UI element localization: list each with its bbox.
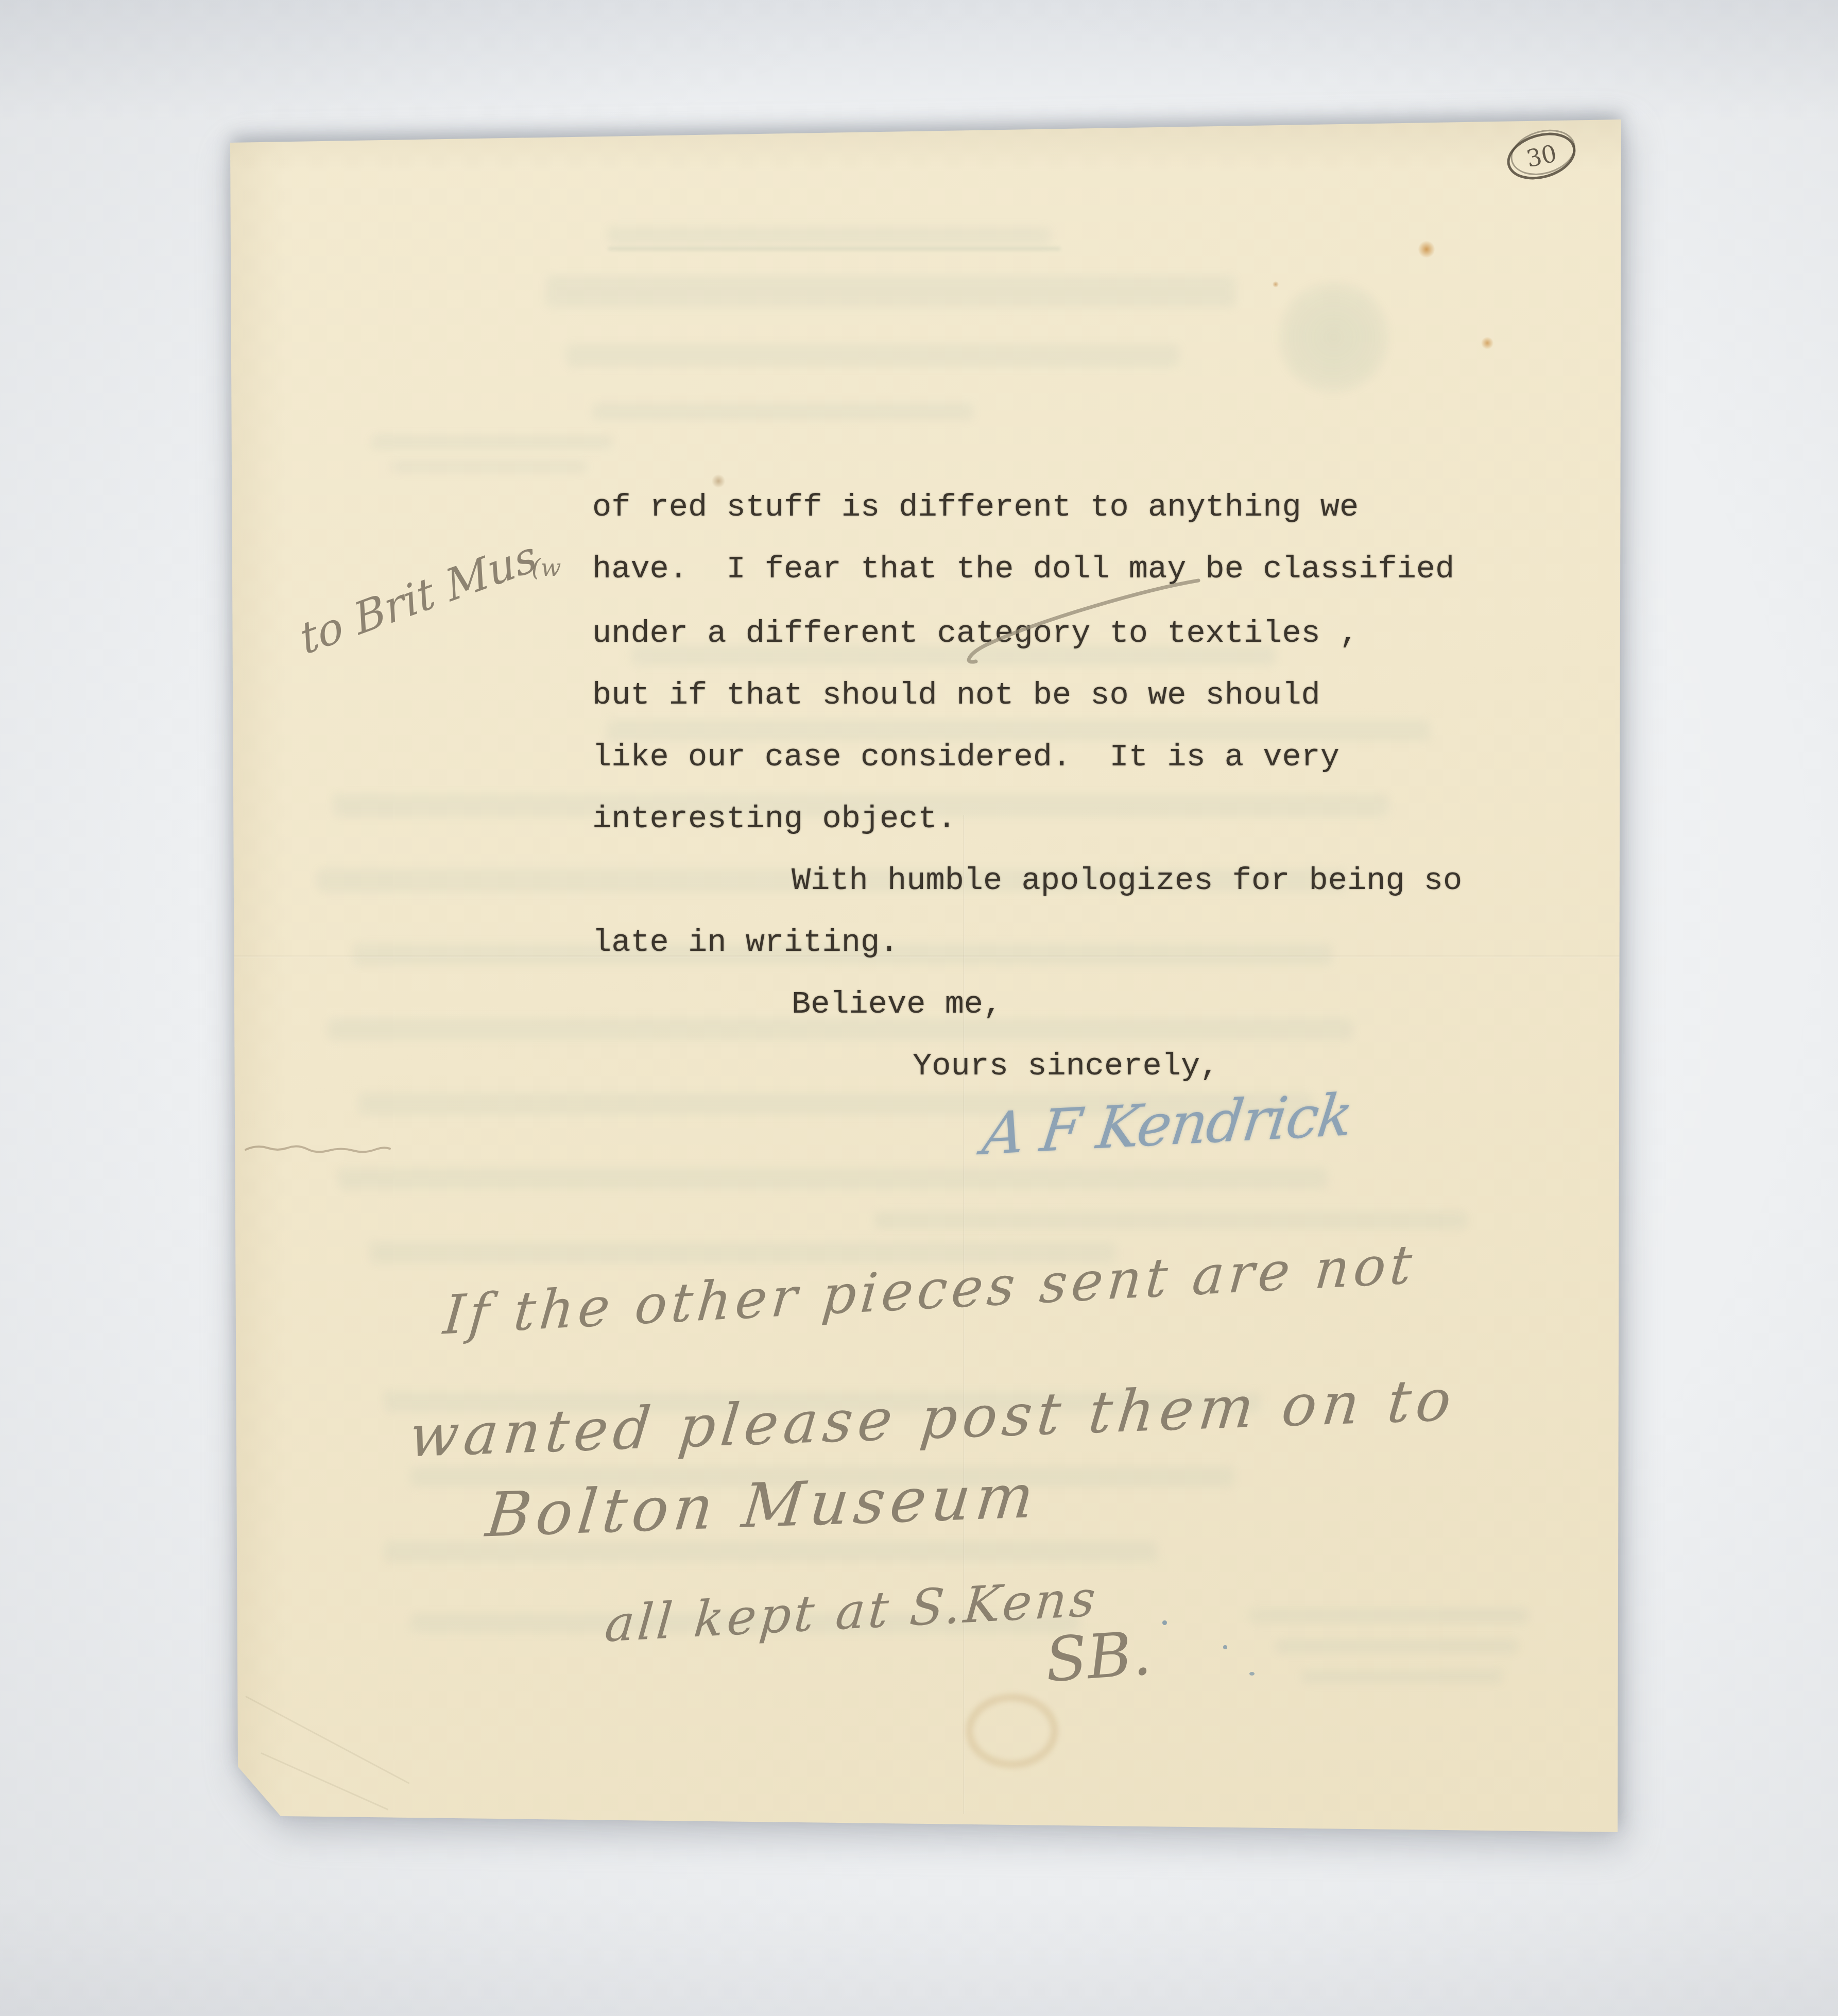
ghost-text-line: [546, 276, 1236, 307]
fold-crease: [245, 1696, 409, 1784]
ghost-text-line: [592, 403, 973, 420]
typed-line: late in writing.: [592, 925, 899, 961]
typed-line: interesting object.: [592, 801, 956, 837]
annotator-initials: SB.: [1043, 1617, 1153, 1696]
fold-crease: [230, 955, 1621, 958]
pencil-strokes-overlay: [230, 119, 1621, 1832]
folio-number-stamp: 30: [1502, 125, 1581, 187]
typed-line: With humble apologizes for being so: [792, 863, 1462, 899]
ghost-underline: [608, 247, 1061, 250]
ghost-text-line: [566, 344, 1179, 367]
crest-ghost: [1275, 278, 1393, 397]
margin-mark: (w: [531, 554, 561, 582]
typed-line: have. I fear that the doll may be classi…: [592, 551, 1454, 587]
typed-line: under a different category to textiles ,: [592, 616, 1359, 652]
stain: [711, 474, 726, 488]
ghost-text-line: [1250, 1608, 1528, 1624]
stain: [1418, 241, 1435, 258]
ghost-text-line: [371, 435, 613, 449]
ink-speck: [1162, 1620, 1167, 1625]
ghost-text-line: [391, 461, 587, 472]
typed-line: Believe me,: [792, 986, 1002, 1022]
pencil-note-line: wanted please post them on to: [406, 1366, 1459, 1471]
ghost-text-line: [338, 1168, 1327, 1189]
ink-speck: [1249, 1672, 1255, 1676]
typed-line: but if that should not be so we should: [592, 677, 1320, 713]
ghost-text-line: [1301, 1670, 1502, 1683]
typed-line: of red stuff is different to anything we: [592, 489, 1359, 525]
stain: [1481, 337, 1493, 349]
typed-line: like our case considered. It is a very: [592, 739, 1339, 775]
ink-speck: [1223, 1645, 1227, 1649]
ghost-text-line: [1276, 1639, 1518, 1653]
ghost-text-line: [608, 227, 1051, 244]
stain: [1273, 281, 1279, 287]
storage-note: all kept at S.Kens: [603, 1569, 1101, 1653]
folio-number: 30: [1524, 140, 1559, 173]
paper-tear-line: [246, 1146, 390, 1152]
paper-surface: 30: [230, 119, 1621, 1832]
typed-line: Yours sincerely,: [913, 1048, 1219, 1084]
ghost-text-line: [606, 720, 1430, 741]
routing-note: to Brit Mus: [295, 530, 541, 664]
ring-stain: [966, 1694, 1058, 1768]
letter-page: 30: [230, 119, 1621, 1832]
